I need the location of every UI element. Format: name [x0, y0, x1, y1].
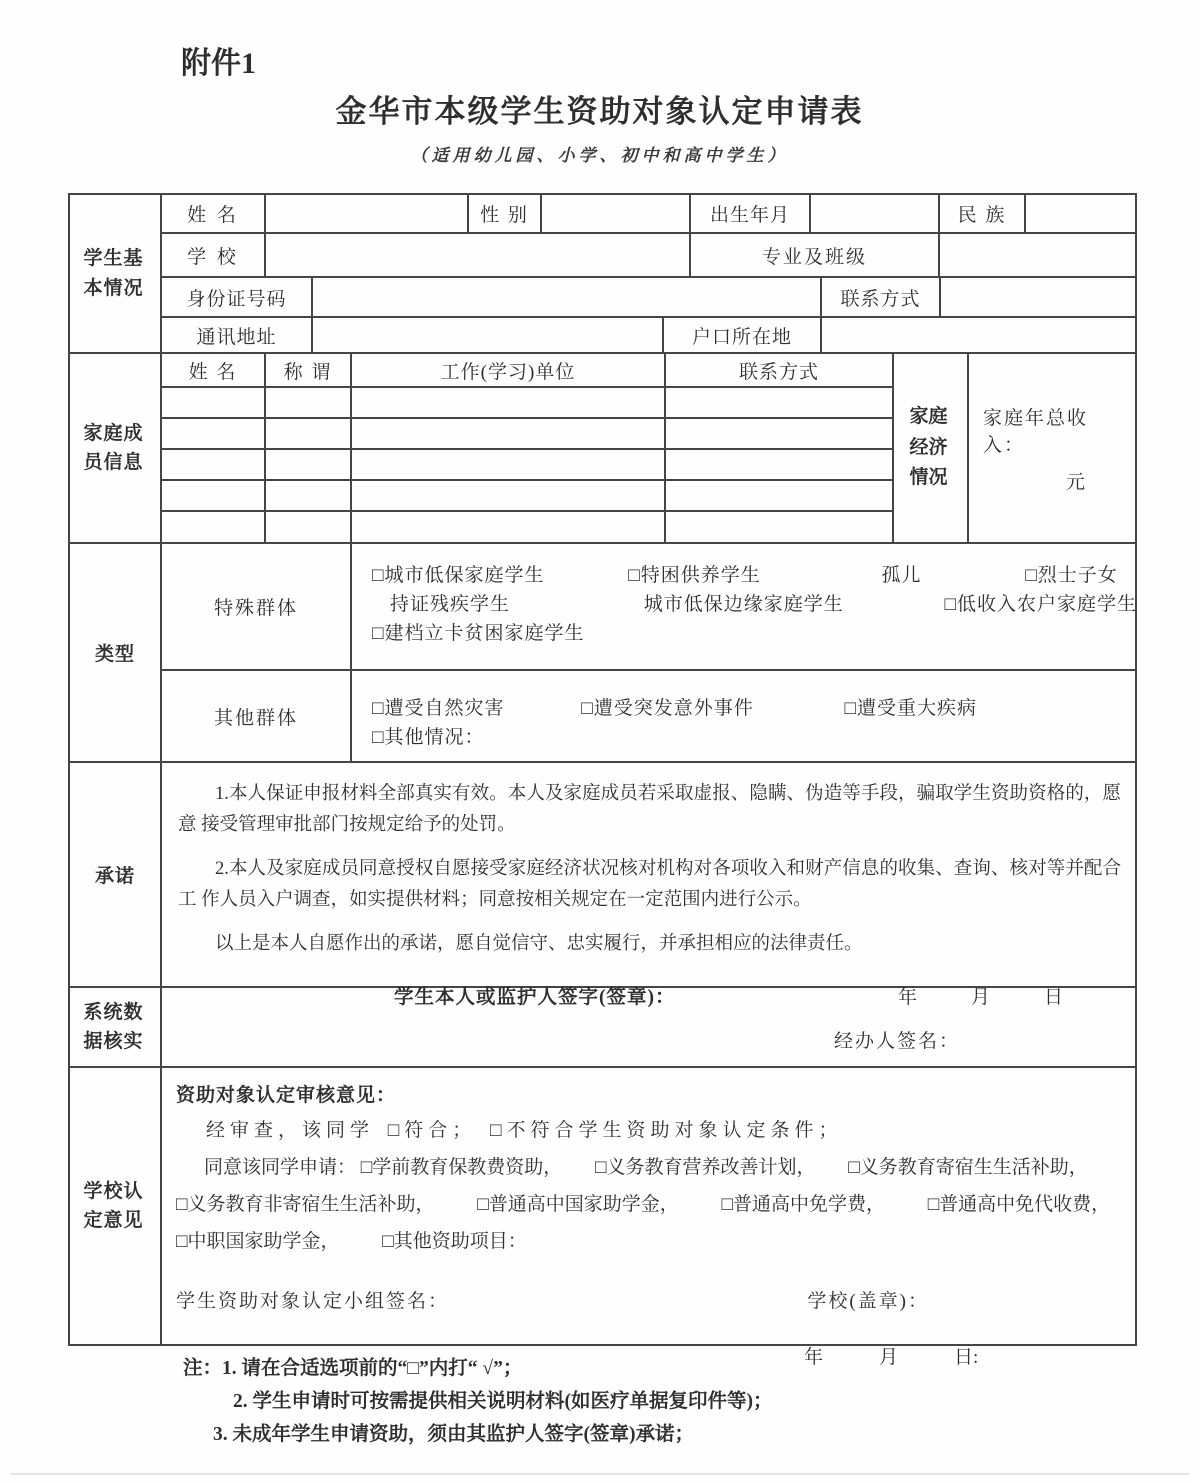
family-economic-label-cell: 家庭经济情况 [894, 354, 969, 542]
family-cell[interactable] [266, 481, 352, 510]
form-subtitle: （适用幼儿园、小学、初中和高中学生） [0, 141, 1199, 166]
family-row [162, 386, 892, 417]
family-cell[interactable] [352, 450, 666, 479]
family-cell[interactable] [352, 512, 666, 542]
family-cell[interactable] [666, 419, 892, 448]
birth-label: 出生年月 [691, 195, 811, 232]
commitment-text: 1.本人保证申报材料全部真实有效。本人及家庭成员若采取虚报、隐瞒、伪造等手段，骗… [162, 763, 1135, 1013]
option-dibao-edge-family-student[interactable]: 城市低保边缘家庭学生 [644, 594, 844, 615]
page-bottom-edge [10, 1473, 1189, 1475]
contact-input-cell[interactable] [941, 278, 1135, 316]
checkbox-highschool-fee-exemption[interactable]: □普通高中免代收费， [928, 1194, 1110, 1215]
family-cell[interactable] [162, 450, 266, 479]
commitment-paragraph-3: 以上是本人自愿作出的承诺，愿自觉信守、忠实履行，并承担相应的法律责任。 [178, 929, 1121, 960]
family-cell[interactable] [266, 450, 352, 479]
family-header-row: 姓 名 称 谓 工作(学习)单位 联系方式 [162, 354, 892, 386]
section-school-opinion: 学校认定意见 资助对象认定审核意见： 经审查，该同学 □符合； □不符合学生资助… [70, 1066, 1135, 1344]
checkbox-boarding-living-subsidy[interactable]: □义务教育寄宿生生活补助， [848, 1157, 1087, 1178]
family-cell[interactable] [666, 512, 892, 542]
family-row [162, 417, 892, 448]
school-seal-label: 学校(盖章)： [807, 1286, 929, 1318]
family-cell[interactable] [352, 388, 666, 417]
ethnicity-input-cell[interactable] [1026, 195, 1135, 232]
family-economic-label: 家庭经济情况 [910, 402, 952, 493]
family-cell[interactable] [352, 419, 666, 448]
address-input-cell[interactable] [313, 318, 664, 352]
checkbox-martyr-children[interactable]: □烈士子女 [1025, 565, 1117, 586]
household-label: 户口所在地 [664, 318, 822, 352]
other-group-options: □遭受自然灾害 □遭受突发意外事件 □遭受重大疾病 □其他情况： [352, 671, 1137, 761]
school-input-cell[interactable] [266, 234, 691, 276]
checkbox-preschool-fee-aid[interactable]: □学前教育保教费资助， [361, 1157, 562, 1178]
id-number-label: 身份证号码 [162, 278, 313, 316]
school-date-line: 年 月 日: [804, 1342, 1125, 1374]
family-cell[interactable] [162, 419, 266, 448]
name-label: 姓 名 [162, 195, 266, 232]
family-cell[interactable] [162, 388, 266, 417]
note-line-3: 3. 未成年学生申请资助，须由其监护人签字(签章)承诺； [183, 1418, 773, 1451]
checkbox-highschool-tuition-free[interactable]: □普通高中免学费， [721, 1194, 884, 1215]
family-cell[interactable] [352, 481, 666, 510]
family-cell[interactable] [162, 481, 266, 510]
checkbox-meets-criteria[interactable]: □符合； [388, 1120, 476, 1141]
family-row [162, 448, 892, 479]
family-income-unit: 元 [983, 467, 1121, 494]
determination-group-signature-label: 学生资助对象认定小组签名： [176, 1286, 449, 1318]
section-label-text: 学生基本情况 [84, 244, 147, 303]
application-form-table: 学生基本情况 姓 名 性 别 出生年月 民 族 学 校 专业及班级 身份证号码 [68, 193, 1137, 1346]
checkbox-other-aid-project[interactable]: □其他资助项目： [382, 1231, 526, 1252]
family-col-relation: 称 谓 [266, 354, 352, 386]
birth-input-cell[interactable] [811, 195, 940, 232]
checkbox-nonboarding-living-subsidy[interactable]: □义务教育非寄宿生生活补助， [176, 1194, 434, 1215]
checkbox-nutrition-improvement-plan[interactable]: □义务教育营养改善计划， [595, 1157, 815, 1178]
family-cell[interactable] [266, 512, 352, 542]
family-col-contact: 联系方式 [666, 354, 892, 386]
contact-label: 联系方式 [822, 278, 941, 316]
option-certified-disabled-student[interactable]: 持证残疾学生 [390, 594, 510, 615]
opinion-heading: 资助对象认定审核意见： [176, 1080, 1125, 1107]
section-type: 类型 特殊群体 □城市低保家庭学生 □特困供养学生 孤儿 □烈士子女 持证残疾学… [70, 542, 1135, 761]
commitment-paragraph-1: 1.本人保证申报材料全部真实有效。本人及家庭成员若采取虚报、隐瞒、伪造等手段，骗… [178, 779, 1121, 841]
ethnicity-label: 民 族 [940, 195, 1026, 232]
form-title: 金华市本级学生资助对象认定申请表 [0, 86, 1199, 131]
family-cell[interactable] [666, 481, 892, 510]
school-label: 学 校 [162, 234, 266, 276]
checkbox-major-illness[interactable]: □遭受重大疾病 [844, 698, 976, 719]
family-cell[interactable] [266, 419, 352, 448]
section-label-school-opinion: 学校认定意见 [70, 1068, 162, 1344]
family-row [162, 510, 892, 542]
other-group-label: 其他群体 [162, 671, 352, 761]
note-line-2: 2. 学生申请时可按需提供相关说明材料(如医疗单据复印件等)； [183, 1385, 773, 1418]
school-opinion-body: 资助对象认定审核意见： 经审查，该同学 □符合； □不符合学生资助对象认定条件；… [162, 1068, 1135, 1374]
checkbox-sudden-accident[interactable]: □遭受突发意外事件 [581, 698, 753, 719]
major-class-input-cell[interactable] [940, 234, 1135, 276]
note-item-1: 1. 请在合适选项前的“□”内打“ √”； [222, 1358, 522, 1379]
section-commitment: 承诺 1.本人保证申报材料全部真实有效。本人及家庭成员若采取虚报、隐瞒、伪造等手… [70, 761, 1135, 986]
note-item-2: 2. 学生申请时可按需提供相关说明材料(如医疗单据复印件等)； [233, 1391, 773, 1412]
name-input-cell[interactable] [266, 195, 469, 232]
family-cell[interactable] [666, 450, 892, 479]
checkbox-highschool-national-grant[interactable]: □普通高中国家助学金， [477, 1194, 678, 1215]
checkbox-does-not-meet-criteria[interactable]: □不符合学生资助对象认定条件； [490, 1120, 842, 1141]
form-notes: 注：1. 请在合适选项前的“□”内打“ √”； 2. 学生申请时可按需提供相关说… [183, 1352, 773, 1451]
family-cell[interactable] [666, 388, 892, 417]
gender-label: 性 别 [469, 195, 542, 232]
attachment-label: 附件1 [181, 38, 256, 82]
checkbox-filecard-poverty-student[interactable]: □建档立卡贫困家庭学生 [372, 623, 584, 644]
family-income-cell[interactable]: 家庭年总收入： 元 [969, 354, 1135, 542]
section-label-text: 系统数据核实 [84, 998, 147, 1057]
section-label-family: 家庭成员信息 [70, 354, 162, 542]
family-income-label: 家庭年总收入： [983, 403, 1121, 457]
note-item-3: 3. 未成年学生申请资助，须由其监护人签字(签章)承诺； [213, 1424, 694, 1445]
family-col-name: 姓 名 [162, 354, 266, 386]
family-members-table: 姓 名 称 谓 工作(学习)单位 联系方式 [162, 354, 894, 542]
section-system-check: 系统数据核实 经办人签名： [70, 986, 1135, 1066]
id-number-input-cell[interactable] [313, 278, 822, 316]
section-label-text: 类型 [95, 639, 135, 666]
section-label-student-info: 学生基本情况 [70, 195, 162, 352]
date-year-label: 年 [804, 1342, 823, 1374]
household-input-cell[interactable] [822, 318, 1135, 352]
note-line-1: 注：1. 请在合适选项前的“□”内打“ √”； [183, 1352, 773, 1385]
operator-signature-label: 经办人签名： [834, 1026, 960, 1053]
section-label-system-check: 系统数据核实 [70, 988, 162, 1066]
gender-input-cell[interactable] [542, 195, 691, 232]
section-label-text: 家庭成员信息 [84, 419, 147, 478]
checkbox-urban-dibao-student[interactable]: □城市低保家庭学生 [372, 565, 544, 586]
checkbox-low-income-farmer-student[interactable]: □低收入农户家庭学生 [945, 594, 1137, 615]
family-col-workunit: 工作(学习)单位 [352, 354, 666, 386]
checkbox-natural-disaster[interactable]: □遭受自然灾害 [372, 698, 504, 719]
special-group-options: □城市低保家庭学生 □特困供养学生 孤儿 □烈士子女 持证残疾学生 城市低保边缘… [352, 544, 1137, 669]
special-group-label: 特殊群体 [162, 544, 352, 669]
family-row [162, 479, 892, 510]
checkbox-vocational-national-grant[interactable]: □中职国家助学金， [176, 1231, 339, 1252]
family-cell[interactable] [266, 388, 352, 417]
option-orphan[interactable]: 孤儿 [881, 565, 921, 586]
section-family-members: 家庭成员信息 姓 名 称 谓 工作(学习)单位 联系方式 家庭经济情况 家庭年总… [70, 352, 1135, 542]
review-prefix: 经审查，该同学 [206, 1120, 374, 1141]
section-label-commitment: 承诺 [70, 763, 162, 986]
family-cell[interactable] [162, 512, 266, 542]
apply-prefix: 同意该同学申请： [204, 1157, 356, 1178]
system-check-area[interactable]: 经办人签名： [162, 988, 1135, 1066]
checkbox-other-situation[interactable]: □其他情况： [372, 727, 484, 748]
date-month-label: 月 [879, 1342, 898, 1374]
commitment-paragraph-2: 2.本人及家庭成员同意授权自愿接受家庭经济状况核对机构对各项收入和财产信息的收集… [178, 854, 1121, 916]
checkbox-tekun-student[interactable]: □特困供养学生 [628, 565, 760, 586]
major-class-label: 专业及班级 [691, 234, 940, 276]
section-label-type: 类型 [70, 544, 162, 761]
notes-title: 注： [183, 1358, 222, 1379]
section-student-info: 学生基本情况 姓 名 性 别 出生年月 民 族 学 校 专业及班级 身份证号码 [70, 195, 1135, 352]
section-label-text: 学校认定意见 [84, 1177, 147, 1236]
section-label-text: 承诺 [95, 861, 135, 888]
date-day-label: 日: [954, 1342, 978, 1374]
address-label: 通讯地址 [162, 318, 313, 352]
